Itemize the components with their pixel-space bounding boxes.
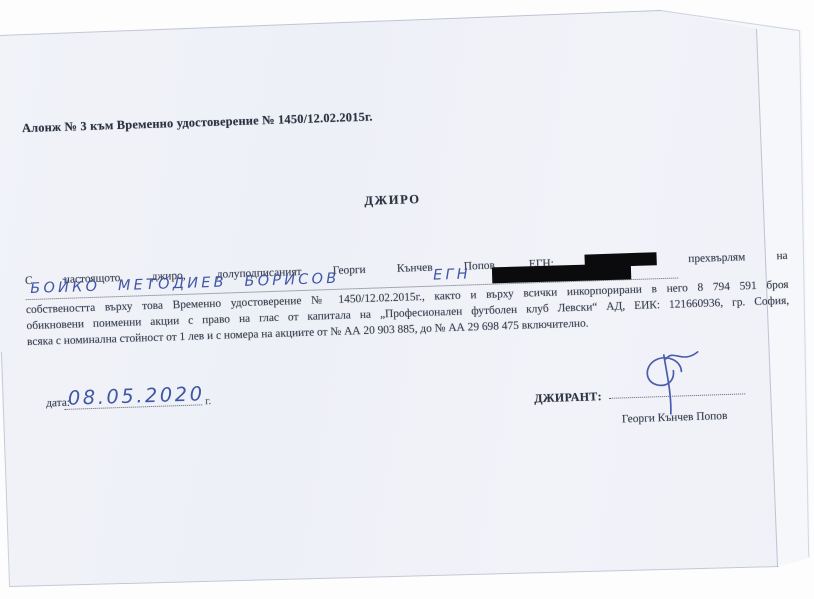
document-title: Алонж № 3 към Временно удостоверение № 1… [22, 110, 373, 137]
scanned-document-page: Алонж № 3 към Временно удостоверение № 1… [0, 0, 814, 599]
document-content: Алонж № 3 към Временно удостоверение № 1… [0, 0, 814, 599]
endorser-name: Георги Кънчев Попов [622, 410, 728, 425]
date-label: дата: [46, 397, 70, 410]
handwritten-date: 08.05.2020 [68, 382, 205, 410]
handwritten-egn-label: ЕГН [433, 266, 471, 283]
body-line-1-after-redaction: прехвърлям на [688, 250, 788, 265]
signature [636, 349, 702, 417]
endorser-label: ДЖИРАНТ: [534, 389, 602, 406]
date-suffix: г. [205, 395, 211, 407]
document-heading: ДЖИРО [23, 181, 763, 221]
